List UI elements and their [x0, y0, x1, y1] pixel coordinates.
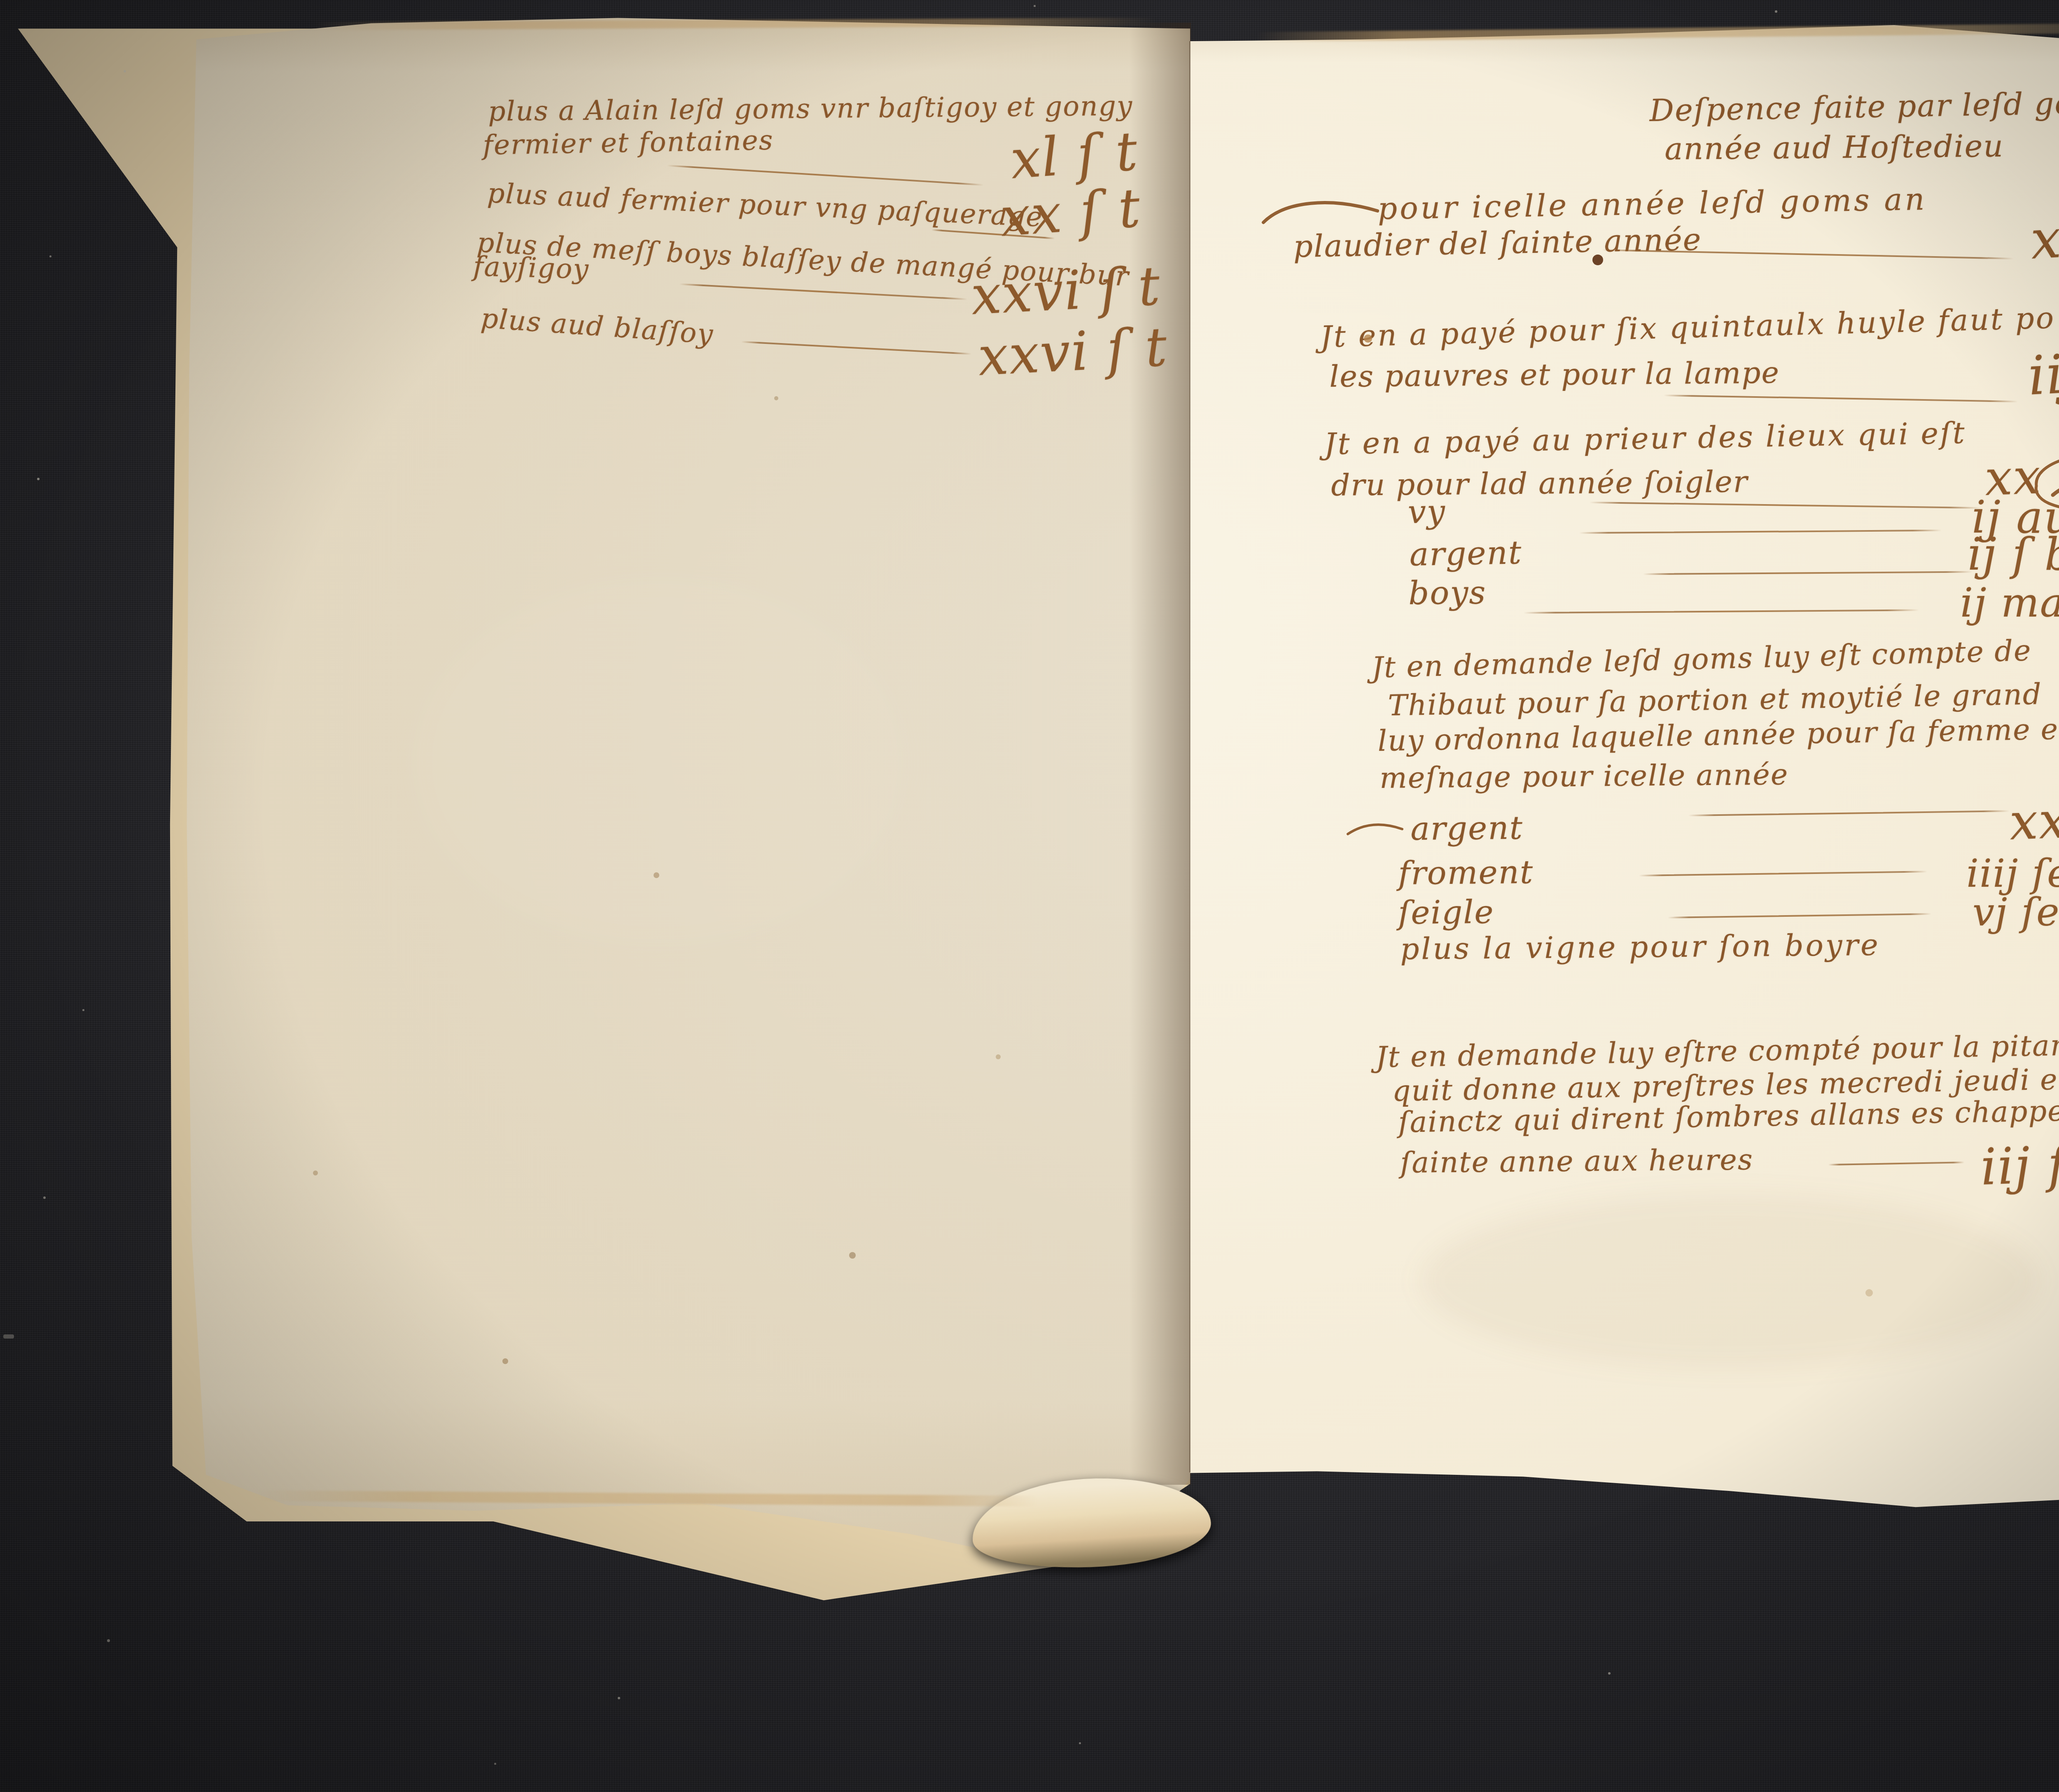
foxing-speck [1865, 1289, 1873, 1297]
foxing-speck [502, 1358, 508, 1364]
gutter-edge-line [1189, 41, 1191, 1472]
allowance-label: ſeigle [1398, 896, 1494, 929]
allowance-label: froment [1398, 856, 1534, 890]
manuscript-line: fayſigoy [473, 253, 590, 283]
allowance-label: boys [1408, 577, 1487, 610]
heading-line: Deſpence faite par leſd goms icelle [1649, 86, 2059, 126]
amount: xx ſ t [999, 184, 1142, 242]
manuscript-line: meſnage pour icelle année [1380, 760, 1789, 792]
paper-sheen [412, 577, 906, 947]
foxing-speck [1592, 255, 1603, 265]
lint-speck [49, 255, 51, 257]
manuscript-line: fermier et fontaines [483, 127, 774, 159]
manuscript-line: les pauvres et pour la lampe [1329, 357, 1780, 391]
lint-speck [124, 70, 126, 72]
heading-line: année aud Hoſtedieu [1664, 131, 2004, 164]
manuscript-note: plus la vigne pour ſon boyre [1400, 930, 1880, 964]
small-swash-flourish [1345, 818, 1406, 842]
lint-speck [494, 1763, 496, 1765]
foxing-speck [1364, 334, 1372, 343]
lint-speck [618, 1697, 620, 1699]
foxing-speck [774, 396, 778, 400]
gutter-shadow [1129, 23, 1191, 1485]
amount: xx l t [2029, 209, 2059, 264]
amount: vj ſeptz [1973, 895, 2059, 930]
amount: ij ſ buey [1968, 535, 2059, 575]
lint-speck [1079, 1742, 1081, 1744]
lint-speck [43, 1196, 46, 1199]
manuscript-line: dru pour lad année ſoigler [1331, 467, 1748, 500]
edge-mark [3, 1334, 14, 1339]
allowance-label: argent [1409, 537, 1522, 571]
foxing-speck [996, 1054, 1001, 1059]
amount: xx l t [2009, 795, 2059, 845]
lint-speck [82, 1009, 84, 1011]
amount: ij maſſelees [1960, 585, 2059, 621]
lint-speck [1608, 1672, 1611, 1675]
foxing-speck [313, 1171, 318, 1175]
manuscript-photo: plus a Alain leſd goms vnr baſtigoy et g… [0, 0, 2059, 1792]
amount: iiij ſeptz [1966, 857, 2059, 892]
allowance-label: argent [1410, 812, 1523, 845]
foxing-speck [849, 1252, 856, 1259]
amount: iij ſ t [1980, 1140, 2059, 1190]
show-through-smudge [1421, 1194, 2038, 1367]
amount: xxvi ſ t [977, 323, 1169, 381]
manuscript-line: plaudier del ſainte année [1293, 224, 1702, 262]
allowance-label: vy [1408, 495, 1446, 528]
lint-speck [1775, 10, 1777, 13]
manuscript-line: pour icelle année leſd goms an [1377, 184, 1927, 224]
lint-speck [1034, 5, 1036, 7]
manuscript-line: plus a Alain leſd goms vnr baſtigoy et g… [488, 92, 1133, 125]
lint-speck [37, 478, 40, 480]
amount: iij l t [2027, 346, 2059, 400]
foxing-speck [654, 872, 659, 878]
amount: xl ſ t [1009, 127, 1139, 184]
manuscript-line: ſainte anne aux heures [1400, 1145, 1753, 1177]
lint-speck [107, 1639, 110, 1642]
amount: xxvi ſ t [970, 262, 1162, 320]
